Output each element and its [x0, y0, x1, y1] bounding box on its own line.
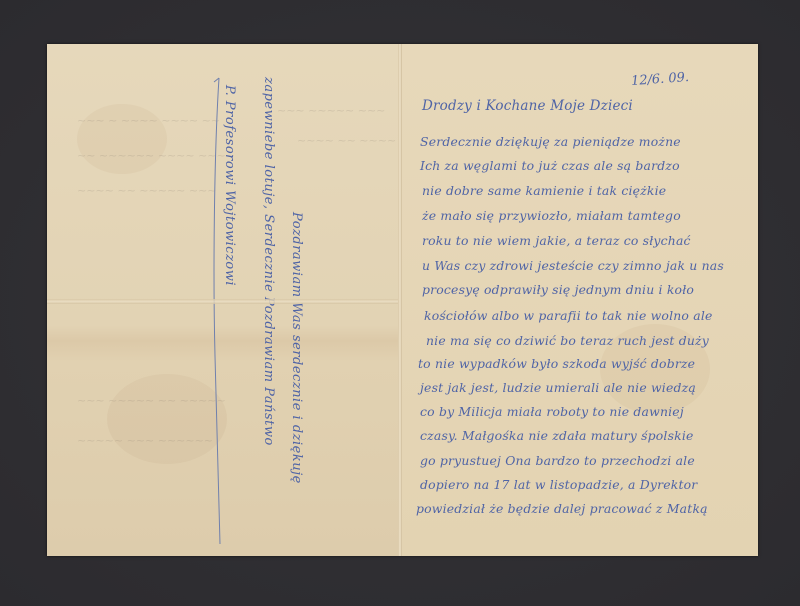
left-page-line: P. Profesorowi Wojtowiczowi [222, 85, 237, 286]
letter-date: 12/6. 09. [631, 70, 690, 89]
bleed-through-text: ~~~~~ ~~~ ~~~~~~ [77, 434, 213, 447]
letter-line: to nie wypadków było szkoda wyjść dobrze [418, 356, 695, 371]
letter-line: co by Milicja miała roboty to nie dawnie… [420, 404, 684, 419]
letter-line: Serdecznie dziękuję za pieniądze możne [420, 134, 681, 149]
letter-line: procesyę odprawiły się jednym dniu i koł… [422, 282, 694, 297]
bleed-through-text: ~~~ ~ ~~~~ ~~~~ ~~ [77, 114, 220, 127]
letter-line: roku to nie wiem jakie, a teraz co słych… [422, 233, 691, 248]
horizontal-fold [47, 299, 400, 304]
letter-line: jest jak jest, ludzie umierali ale nie w… [420, 380, 696, 395]
letter-line: nie dobre same kamienie i tak ciężkie [422, 183, 666, 198]
letter-sheet: ~~~ ~ ~~~~ ~~~~ ~~ ~~ ~~~~~~ ~~~~ ~~~~ ~… [47, 44, 758, 556]
letter-line: go pryustuej Ona bardzo to przechodzi al… [420, 453, 695, 468]
letter-line: dopiero na 17 lat w listopadzie, a Dyrek… [420, 477, 697, 492]
left-page-line: zapewniebe lotuje, Serdecznie Pozdrawiam… [261, 77, 276, 446]
letter-line: u Was czy zdrowi jesteście czy zimno jak… [422, 258, 724, 273]
bleed-through-text: ~~~~ ~~ ~~~~ [297, 134, 396, 147]
bleed-through-text: ~~~ ~~~~~ ~~~ [277, 104, 385, 117]
center-fold [398, 44, 402, 556]
letter-line: nie ma się co dziwić bo teraz ruch jest … [426, 333, 709, 348]
letter-line: powiedział że będzie dalej pracować z Ma… [416, 501, 708, 516]
letter-line: Ich za węglami to już czas ale są bardzo [420, 158, 680, 173]
letter-line: że mało się przywiozło, miałam tamtego [422, 208, 681, 223]
left-page-line: Pozdrawiam Was serdecznie i dziękuję [289, 212, 304, 484]
letter-line: czasy. Małgośka nie zdała matury śpolski… [420, 428, 694, 443]
letter-line: kościołów albo w parafii to tak nie woln… [424, 308, 713, 323]
right-page: 12/6. 09. Drodzy i Kochane Moje Dzieci S… [400, 44, 758, 556]
paper-stain [107, 374, 227, 464]
bleed-through-text: ~~~ ~~~~~ ~~ ~~~~~ [77, 394, 226, 407]
bleed-through-text: ~~~~ ~~ ~~~~~ ~~~ [77, 184, 217, 197]
letter-salutation: Drodzy i Kochane Moje Dzieci [422, 98, 633, 114]
